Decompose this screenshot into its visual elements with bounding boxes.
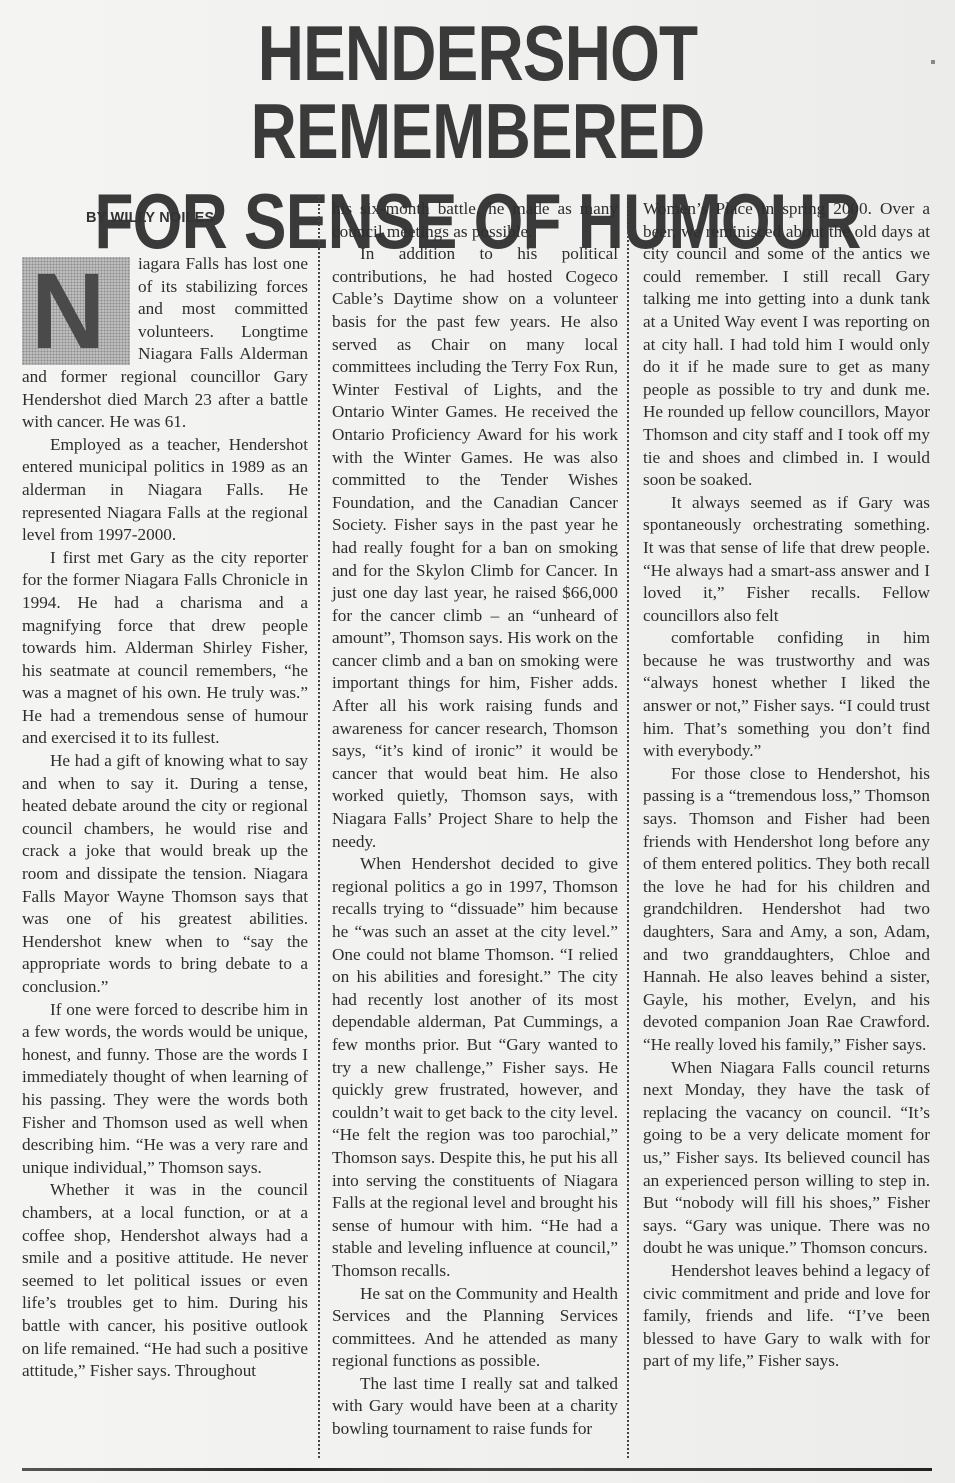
- newspaper-page: HENDERSHOT REMEMBERED FOR SENSE OF HUMOU…: [0, 0, 955, 1483]
- paragraph: his six-month battle, he made as many co…: [332, 198, 618, 243]
- paragraph: Hendershot leaves behind a legacy of civ…: [643, 1260, 930, 1373]
- paragraph: I first met Gary as the city reporter fo…: [22, 547, 308, 750]
- paragraph: When Niagara Falls council returns next …: [643, 1057, 930, 1260]
- article-column-1: BY WILLY NOILES N iagara Falls has lost …: [22, 200, 308, 1383]
- headline-line-1: HENDERSHOT REMEMBERED: [86, 14, 869, 170]
- paragraph: If one were forced to describe him in a …: [22, 999, 308, 1180]
- paragraph: comfortable confiding in him because he …: [643, 627, 930, 763]
- drop-cap-letter: N: [31, 263, 105, 359]
- paragraph: When Hendershot decided to give regional…: [332, 853, 618, 1282]
- paragraph: The last time I really sat and talked wi…: [332, 1373, 618, 1441]
- drop-cap: N: [22, 257, 130, 365]
- paragraph: Whether it was in the council chambers, …: [22, 1179, 308, 1382]
- column-divider-2: [627, 196, 629, 1458]
- byline: BY WILLY NOILES: [86, 207, 308, 253]
- print-speck: [931, 60, 935, 64]
- article-column-3: Women’s Place in spring 2000. Over a bee…: [643, 198, 930, 1373]
- column-divider-1: [318, 196, 320, 1458]
- paragraph: Women’s Place in spring 2000. Over a bee…: [643, 198, 930, 492]
- paragraph: In addition to his political contributio…: [332, 243, 618, 853]
- bottom-rule: [22, 1468, 932, 1471]
- paragraph: It always seemed as if Gary was spontane…: [643, 492, 930, 628]
- paragraph: He sat on the Community and Health Servi…: [332, 1283, 618, 1373]
- paragraph: He had a gift of knowing what to say and…: [22, 750, 308, 999]
- paragraph: Employed as a teacher, Hendershot entere…: [22, 434, 308, 547]
- article-column-2: his six-month battle, he made as many co…: [332, 198, 618, 1441]
- paragraph: For those close to Hendershot, his passi…: [643, 763, 930, 1057]
- lead-paragraph-block: N iagara Falls has lost one of its stabi…: [22, 253, 308, 434]
